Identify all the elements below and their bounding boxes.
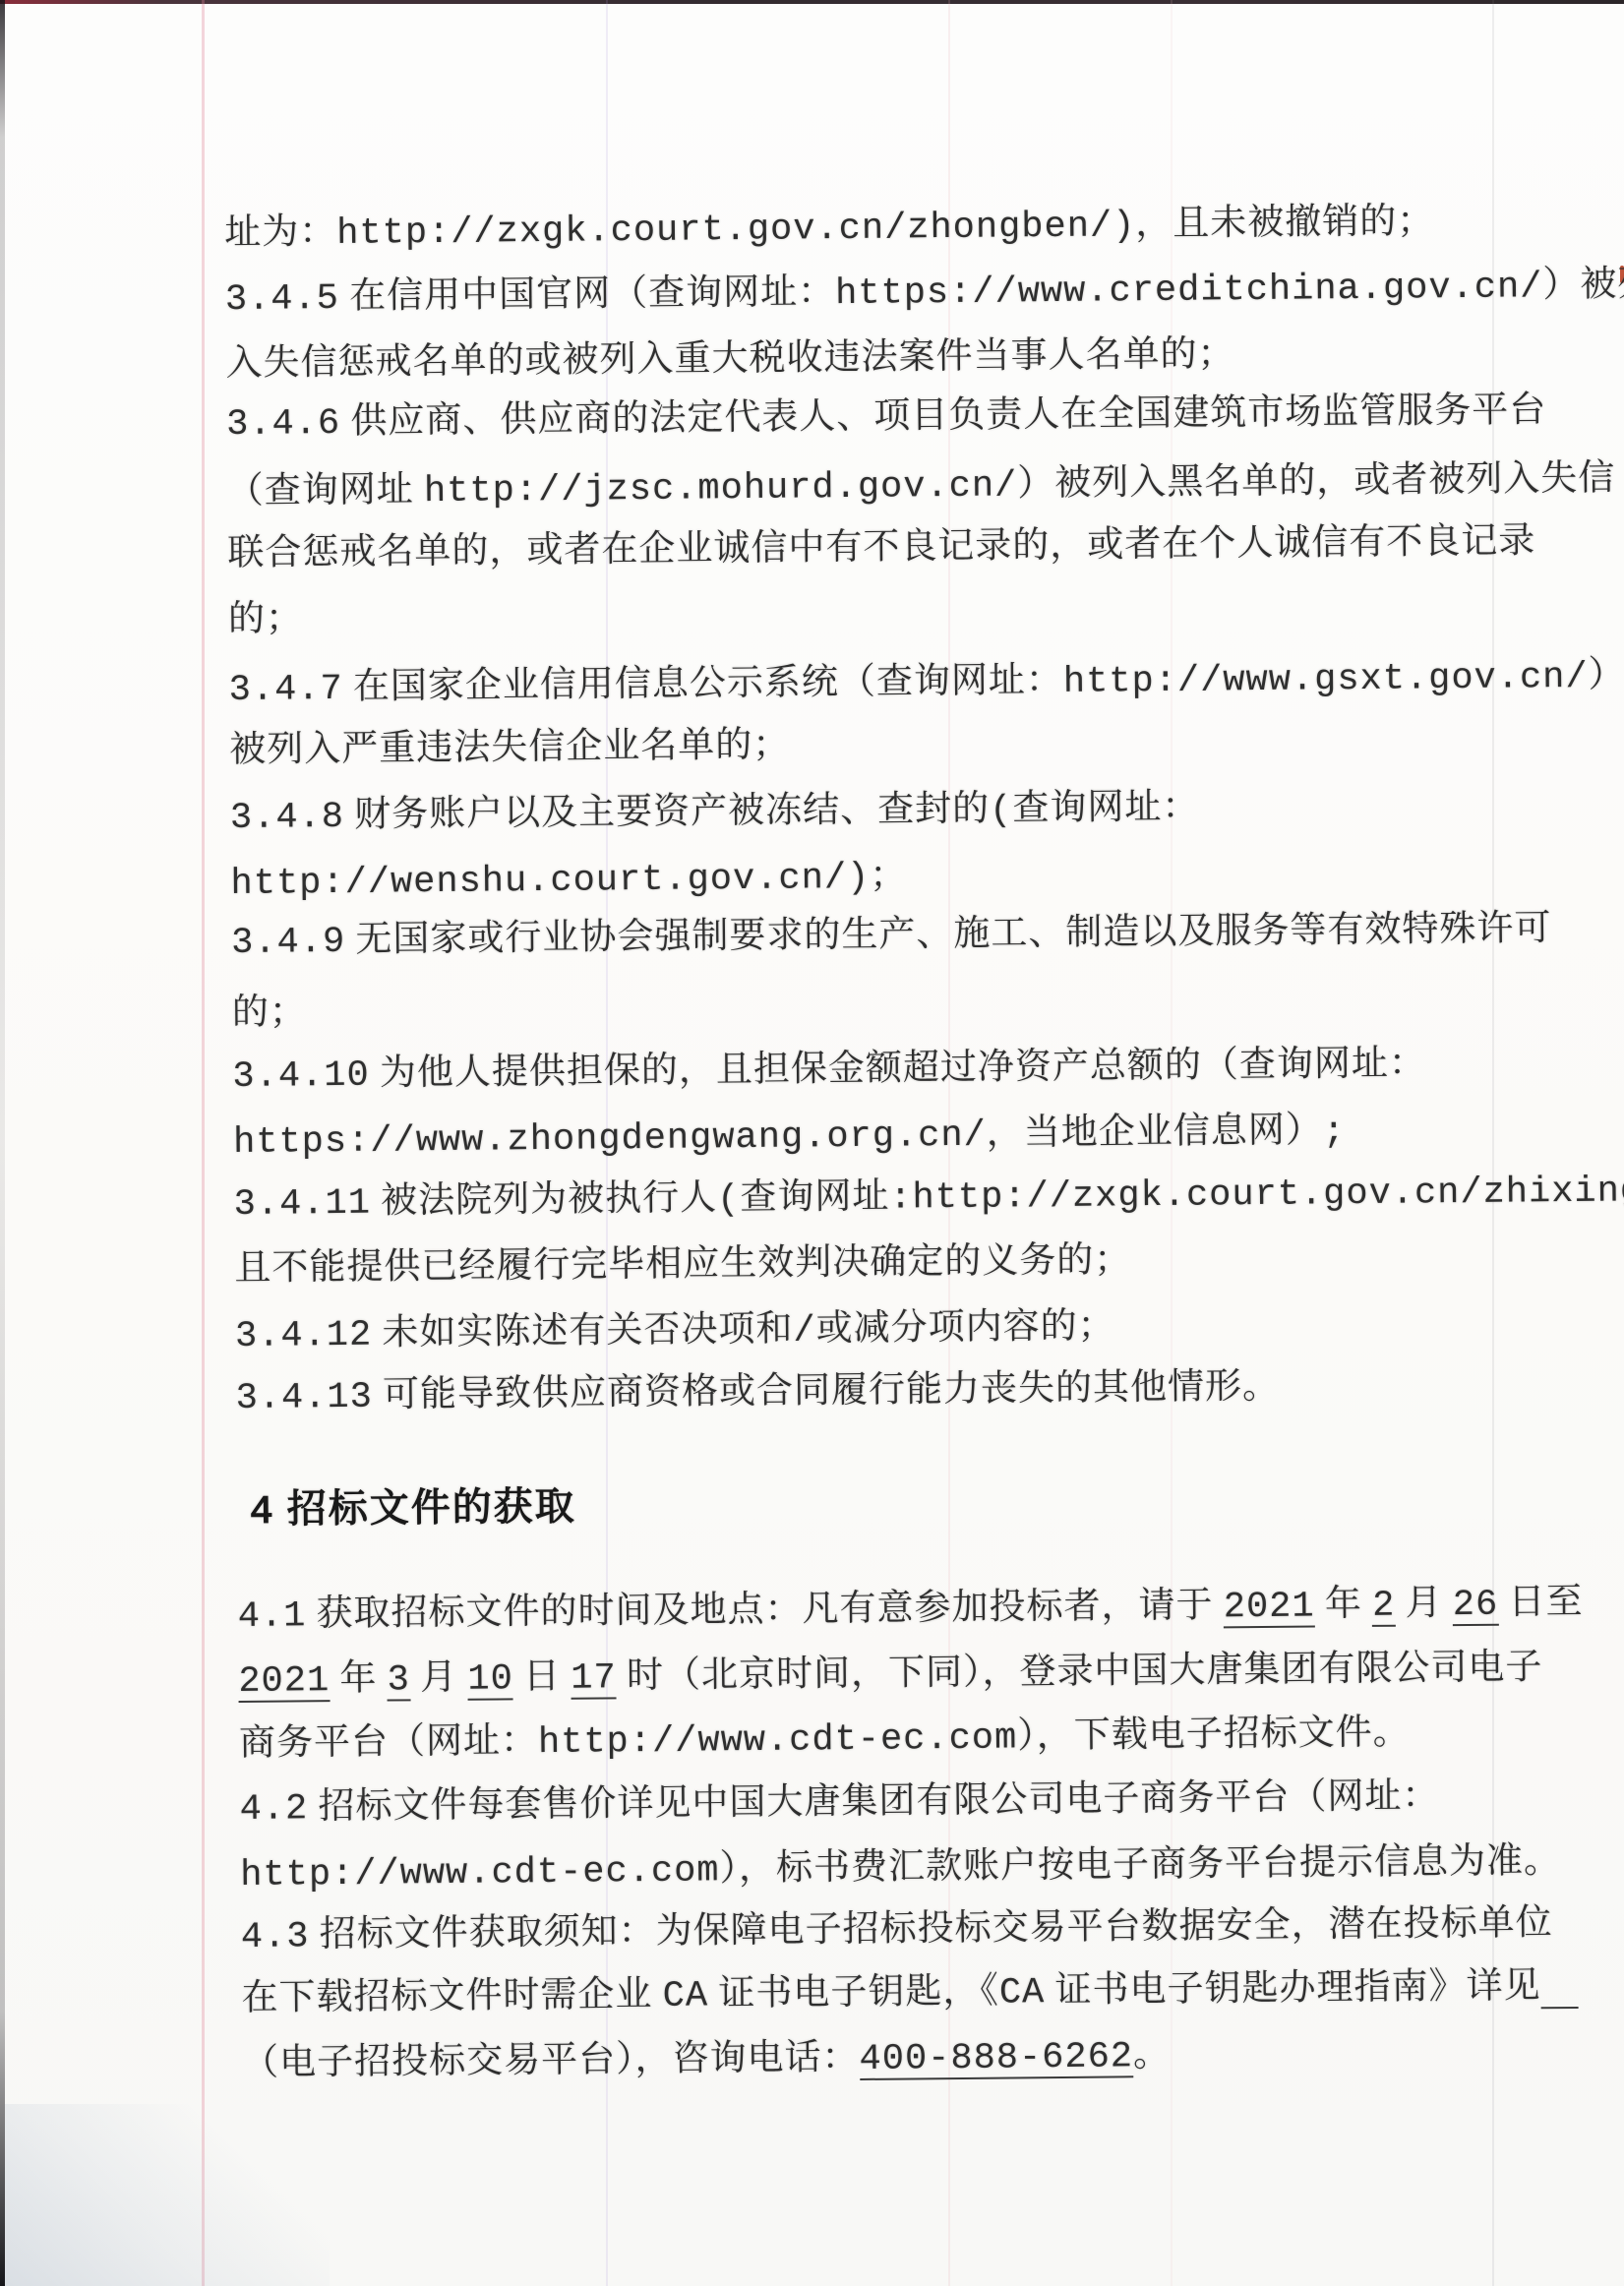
text-line: 4.1 获取招标文件的时间及地点：凡有意参加投标者，请于 2021 年 2 月 … bbox=[237, 1571, 1487, 1648]
text-line: 3.4.8 财务账户以及主要资产被冻结、查封的(查询网址： bbox=[230, 772, 1480, 849]
text-segment: 年 bbox=[330, 1658, 388, 1700]
text-line: （电子招投标交易平台），咨询电话：400-888-6262。 bbox=[242, 2019, 1492, 2096]
text-segment: 月 bbox=[1395, 1583, 1453, 1624]
underlined-day-value: 26 bbox=[1453, 1583, 1499, 1626]
document-text: 址为：http://zxgk.court.gov.cn/zhongben/)，且… bbox=[0, 0, 1624, 2286]
text-line: 3.4.10 为他人提供担保的，且担保金额超过净资产总额的（查询网址： bbox=[232, 1031, 1482, 1108]
text-segment: （电子招投标交易平台），咨询电话： bbox=[242, 2037, 860, 2083]
scanned-document-page: 址为：http://zxgk.court.gov.cn/zhongben/)，且… bbox=[0, 0, 1624, 2286]
underlined-blank-segment bbox=[1540, 1965, 1578, 2009]
text-segment: 4.1 获取招标文件的时间及地点：凡有意参加投标者，请于 bbox=[238, 1585, 1224, 1635]
text-line: 在下载招标文件时需企业 CA 证书电子钥匙，《CA 证书电子钥匙办理指南》详见 bbox=[241, 1955, 1491, 2031]
text-segment: 。 bbox=[1133, 2034, 1171, 2075]
text-line: 3.4.5 在信用中国官网（查询网址：https://www.creditchi… bbox=[225, 254, 1475, 331]
underlined-year-value: 2021 bbox=[238, 1658, 330, 1703]
text-line: 3.4.6 供应商、供应商的法定代表人、项目负责人在全国建筑市场监管服务平台 bbox=[226, 379, 1476, 455]
text-segment: 日 bbox=[513, 1656, 571, 1698]
section-heading: 4 招标文件的获取 bbox=[249, 1473, 576, 1544]
text-line: 联合惩戒名单的，或者在企业诚信中有不良记录的，或者在个人诚信有不良记录 bbox=[227, 510, 1477, 586]
underlined-hour-value: 17 bbox=[571, 1655, 617, 1699]
text-line: 3.4.9 无国家或行业协会强制要求的生产、施工、制造以及服务等有效特殊许可 bbox=[231, 897, 1481, 974]
text-line: 4.2 招标文件每套售价详见中国大唐集团有限公司电子商务平台（网址： bbox=[239, 1764, 1489, 1840]
text-line: 3.4.11 被法院列为被执行人(查询网址:http://zxgk.court.… bbox=[233, 1159, 1483, 1235]
text-segment: 在下载招标文件时需企业 CA 证书电子钥匙，《CA 证书电子钥匙办理指南》详见 bbox=[241, 1965, 1540, 2018]
text-segment: 时（北京时间，下同），登录中国大唐集团有限公司电子 bbox=[617, 1647, 1543, 1696]
text-line: 3.4.13 可能导致供应商资格或合同履行能力丧失的其他情形。 bbox=[235, 1353, 1485, 1429]
text-line: 址为：http://zxgk.court.gov.cn/zhongben/)，且… bbox=[224, 189, 1474, 266]
underlined-month-value: 2 bbox=[1372, 1584, 1396, 1627]
text-segment: 日至 bbox=[1498, 1582, 1584, 1623]
underlined-year-value: 2021 bbox=[1224, 1584, 1315, 1628]
text-line: 被列入严重违法失信企业名单的； bbox=[229, 706, 1479, 783]
text-segment: 月 bbox=[410, 1657, 468, 1699]
underlined-month-value: 3 bbox=[387, 1657, 410, 1701]
text-segment: 年 bbox=[1314, 1584, 1372, 1625]
text-line: 且不能提供已经履行完毕相应生效判决确定的义务的； bbox=[234, 1225, 1484, 1301]
underlined-phone-number: 400-888-6262 bbox=[859, 2034, 1133, 2080]
text-line: 的； bbox=[228, 575, 1478, 652]
underlined-day-value: 10 bbox=[467, 1656, 513, 1700]
